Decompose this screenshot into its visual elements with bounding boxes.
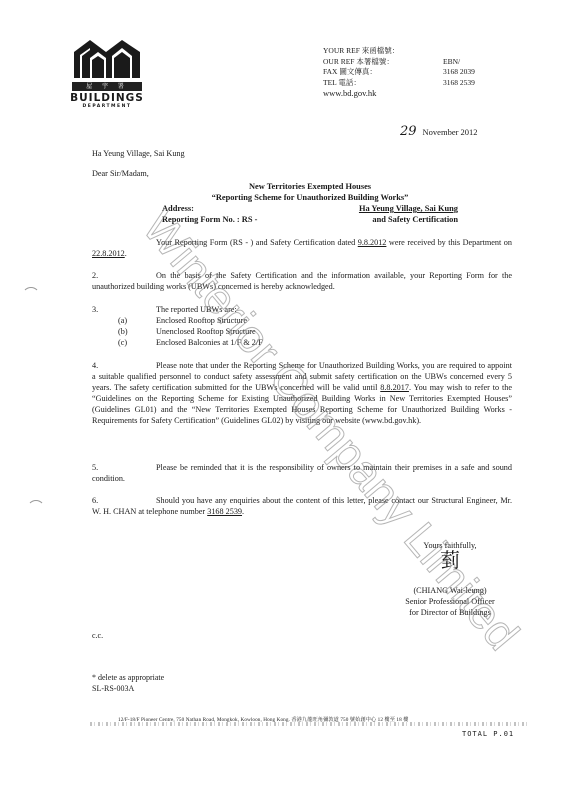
- logo-department: DEPARTMENT: [66, 104, 148, 109]
- heading-address-row: Address: Ha Yeung Village, Sai Kung: [160, 203, 460, 214]
- paragraph-6: 6.Should you have any enquiries about th…: [92, 495, 512, 517]
- handwritten-day: 29: [400, 124, 417, 139]
- letter-date: 29November 2012: [400, 124, 478, 139]
- ref-row-our: OUR REF 本署檔號：EBN/: [323, 57, 475, 68]
- reference-block: YOUR REF 來函檔號： OUR REF 本署檔號：EBN/ FAX 圖文傳…: [323, 46, 475, 99]
- ref-row-your: YOUR REF 來函檔號：: [323, 46, 475, 57]
- footnotes: * delete as appropriate SL-RS-003A: [92, 672, 164, 694]
- heading-form-row: Reporting Form No. : RS - and Safety Cer…: [160, 214, 460, 225]
- logo-chinese-band: 屋 宇 署: [72, 82, 142, 91]
- paragraph-2: 2.On the basis of the Safety Certificati…: [92, 270, 512, 292]
- fax-total-pages: TOTAL P.01: [462, 730, 514, 738]
- paragraph-5: 5.Please be reminded that it is the resp…: [92, 462, 512, 484]
- heading-line-1: New Territories Exempted Houses: [160, 181, 460, 192]
- fax-noise-line: [90, 722, 530, 726]
- salutation: Dear Sir/Madam,: [92, 168, 149, 179]
- ref-row-tel: TEL 電話：3168 2539: [323, 78, 475, 89]
- house-roof-icon: [66, 36, 148, 80]
- punch-hole: [27, 500, 45, 518]
- logo-wordmark: BUILDINGS: [66, 92, 148, 104]
- buildings-department-logo: 屋 宇 署 BUILDINGS DEPARTMENT: [66, 36, 148, 109]
- letter-heading: New Territories Exempted Houses “Reporti…: [160, 181, 460, 225]
- punch-hole: [22, 287, 40, 305]
- ref-row-fax: FAX 圖文傳真：3168 2039: [323, 67, 475, 78]
- heading-line-2: “Reporting Scheme for Unauthorized Build…: [160, 192, 460, 203]
- paragraph-3: 3.The reported UBWs are:: [92, 304, 512, 315]
- website-link[interactable]: www.bd.gov.hk: [323, 88, 475, 99]
- recipient-address: Ha Yeung Village, Sai Kung: [92, 148, 185, 159]
- cc-label: c.c.: [92, 631, 103, 640]
- heading-address-value: Ha Yeung Village, Sai Kung: [359, 203, 458, 214]
